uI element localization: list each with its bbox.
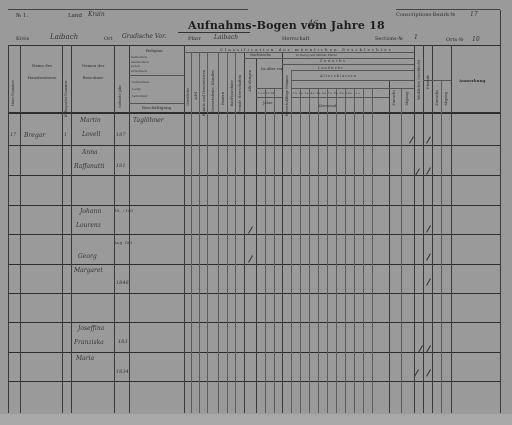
col-wohnpartei: Wohnpartei-Nummer: [64, 80, 68, 117]
section-value: 1: [414, 34, 418, 41]
tick-mark: [426, 278, 431, 285]
conscriptions-value: 17: [470, 11, 478, 18]
col-line: [71, 45, 72, 413]
table-top-border: [8, 45, 500, 46]
tick-mark: [248, 226, 253, 233]
row4-name: Lourenz: [76, 222, 101, 229]
row1-jahr: 187: [116, 132, 126, 138]
row5-vorname: Georg: [78, 253, 97, 260]
col-classification: Classification des männlichen Geschlecht…: [220, 47, 393, 52]
row1-haus-nr: 17: [10, 132, 16, 138]
sheet-number: № 1.: [16, 13, 28, 19]
row2-jahr: 181: [116, 163, 126, 169]
header-bottom-border: [8, 112, 500, 114]
col-nachwuchs: Nachwuchs: [250, 53, 271, 57]
orts-value: 10: [472, 36, 480, 43]
col-haus-nr: Haus-Nummer: [11, 80, 15, 106]
col-religion: Religion: [146, 48, 163, 53]
col-bewohner: Namen der Bewohner: [73, 60, 113, 84]
col-fremde: Fremde: [426, 75, 430, 89]
paper-bottom-edge: [0, 414, 512, 425]
col-weiblich: Weibliches Geschlecht: [417, 60, 421, 100]
row8-name: Franziska: [74, 339, 104, 346]
section-label: Sections-№: [375, 36, 403, 42]
row-line: [8, 322, 500, 323]
row-line: [8, 234, 500, 235]
tick-mark: [426, 253, 431, 260]
row1-beruf: Taglöhner: [133, 117, 164, 124]
row4-jahr: 18.. / 183: [114, 208, 133, 213]
row-line: [8, 145, 500, 146]
land-value: Krain: [88, 11, 105, 18]
col-line: [20, 45, 21, 413]
col-anmerkung: Anmerkung: [459, 78, 485, 83]
row-line: [8, 381, 500, 382]
row8-jahr: 183: [118, 339, 128, 345]
tick-mark: [426, 369, 431, 376]
row9-vorname: Maria: [76, 355, 94, 362]
row8-vorname: Joseffina: [78, 325, 104, 332]
pfarr-label: Pfarr: [188, 36, 201, 42]
ort-label: Ort: [104, 36, 113, 42]
col-line: [62, 45, 63, 413]
row4-vorname: Johann: [80, 208, 101, 215]
col-hausbesitzer: Name des Hausbesitzers: [22, 60, 62, 84]
conscriptions-label: Conscriptions-Bezirk-№: [396, 12, 455, 18]
col-geburtsjahr: Geburts-Jahr: [118, 85, 122, 108]
census-form-page: № 1. Land Krain Aufnahms-Bogen vom Jahre…: [0, 0, 512, 425]
col-line: [184, 45, 185, 413]
tick-mark: [426, 136, 431, 143]
row9-jahr: 1834: [116, 369, 129, 375]
land-label: Land: [68, 13, 82, 19]
row-line: [8, 175, 500, 176]
pfarr-value: Laibach: [214, 34, 238, 41]
title-underline: [178, 32, 250, 33]
table-right-border: [500, 10, 501, 413]
row-line: [8, 293, 500, 294]
table-left-border: [8, 45, 9, 413]
row5-jahr: Aug. 183: [114, 240, 132, 245]
form-year: 46: [308, 19, 318, 28]
col-line: [114, 45, 115, 413]
top-border-right: [396, 9, 500, 10]
row6-vorname: Margaret: [74, 267, 103, 274]
tick-mark: [248, 255, 253, 262]
row1-hausbesitzer: Bregar: [24, 132, 45, 139]
col-beschaeftigung: Beschäftigung: [142, 105, 171, 110]
tick-mark: [426, 167, 431, 174]
religion-list: KatholischAkatholischJudenGriechisch: [131, 55, 149, 73]
kreis-value: Laibach: [50, 33, 78, 41]
row1-vorname: Martin: [80, 117, 101, 124]
row1-partei: 1: [64, 132, 67, 138]
tick-mark: [426, 225, 431, 232]
row-line: [8, 264, 500, 265]
top-border-left: [8, 9, 248, 10]
row2-vorname: Anna: [82, 149, 98, 156]
stand-list: VerheiratetLedigVerwitwet: [132, 79, 149, 100]
herrschaft-label: Herrschaft: [282, 36, 310, 42]
orts-label: Orts-№: [446, 37, 464, 43]
row2-name: Raffanutti: [74, 163, 105, 170]
col-line: [129, 45, 130, 413]
ort-value: Gradische Vor.: [122, 33, 166, 40]
form-title: Aufnahms-Bogen vom Jahre 18: [188, 19, 385, 32]
row1-name: Lovell: [82, 131, 100, 138]
kreis-label: Kreis: [16, 36, 29, 42]
row6-jahr: 1846: [116, 280, 129, 286]
row-line: [8, 205, 500, 206]
age-classes: 1e 2e 3e 4e 5e 6e 7e 8e 9e 10e 11e: [293, 91, 360, 95]
